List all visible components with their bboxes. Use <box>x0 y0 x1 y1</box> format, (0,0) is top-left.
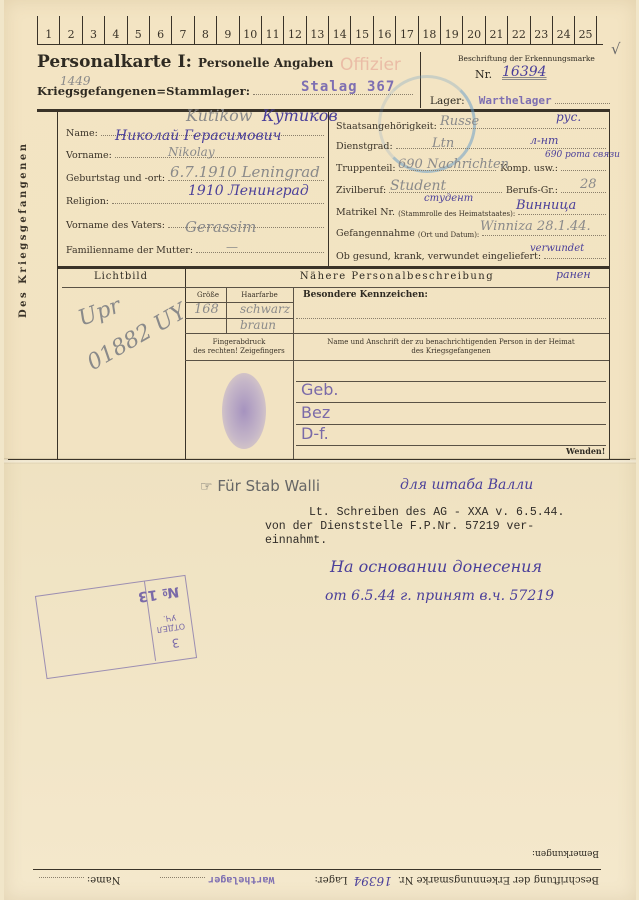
strip-bottom-line <box>37 44 603 45</box>
column-number-cell: 20 <box>462 16 484 44</box>
turn-over-note: Wenden! <box>566 446 605 456</box>
card-title-text: Personalkarte I: <box>37 52 192 72</box>
column-number-cell: 7 <box>171 16 193 44</box>
tag-caption: Beschriftung der Erkennungsmarke <box>458 54 595 63</box>
notify-line-1 <box>296 381 606 382</box>
inverted-footer: Beschriftung der Erkennungsmarke Nr. 163… <box>0 830 639 890</box>
hair-header: Haarfarbe <box>226 291 293 299</box>
typed-line-1: Lt. Schreiben des AG - XXA v. 6.5.44. <box>265 506 564 520</box>
typed-line-2: von der Dienststelle F.P.Nr. 57219 ver- <box>265 520 564 534</box>
hair-value-2: braun <box>240 318 276 332</box>
father-handwritten: Gerassim <box>185 218 256 236</box>
column-number-cell: 2 <box>59 16 81 44</box>
column-number-strip: 1234567891011121314151617181920212223242… <box>37 16 597 44</box>
fingerprint-label-rule <box>185 360 609 361</box>
lower-handwritten-2: На основании донесения <box>330 557 542 576</box>
column-number-cell: 25 <box>574 16 596 44</box>
hair-col-line <box>293 287 294 333</box>
field-sublabel: (Stammrolle des Heimatstaates): <box>398 210 515 218</box>
hair-value-1: schwarz <box>240 302 290 316</box>
pointer-stamp-text: Für Stab Walli <box>217 477 320 495</box>
notify-line-4 <box>296 445 606 446</box>
photo-right-line <box>185 266 186 459</box>
unit-handwritten: 690 Nachrichten <box>398 157 509 172</box>
description-title: Nähere Personalbeschreibung <box>185 271 609 282</box>
photo-label: Lichtbild <box>57 271 185 282</box>
column-number-cell: 19 <box>440 16 462 44</box>
matrikel-handwritten: Винница <box>516 198 576 213</box>
tag-nr-value: 16394 <box>502 64 547 80</box>
fingerprint-label-2: des rechten! Zeigefingers <box>185 347 293 356</box>
description-handwritten-note: ранен <box>556 268 591 281</box>
birth-handwritten-cyrillic: 1910 Ленинград <box>188 183 309 199</box>
field-label: Gefangennahme <box>336 228 415 239</box>
size-header: Größe <box>190 291 226 299</box>
column-number-cell: 3 <box>82 16 104 44</box>
column-number-cell: 10 <box>239 16 261 44</box>
inverted-name-label: Name: <box>87 874 120 885</box>
name-handwritten-latin: Kutikow <box>186 106 252 125</box>
inverted-lager-value: Warthelager <box>208 874 274 885</box>
typed-note: Lt. Schreiben des AG - XXA v. 6.5.44. vo… <box>265 506 564 548</box>
name-handwritten-cyrillic: Кутиков <box>262 106 338 125</box>
mid-divider <box>328 109 329 267</box>
right-frame-line <box>609 109 610 459</box>
field-label: Staatsangehörigkeit: <box>336 121 437 132</box>
table-bottom-rule <box>185 333 609 334</box>
column-number-cell: 13 <box>306 16 328 44</box>
inverted-tag-value: 16394 <box>354 874 392 888</box>
column-number-cell: 23 <box>530 16 552 44</box>
notify-label-1: Name und Anschrift der zu benachrichtige… <box>293 338 609 347</box>
fingerprint-mark <box>222 373 266 449</box>
lower-handwritten-1: для штаба Валли <box>400 477 533 493</box>
personal-left-row: Familienname der Mutter: <box>66 245 324 256</box>
firstname-handwritten-cyrillic: Николай Герасимович <box>115 128 281 144</box>
field-label: Geburtstag und -ort: <box>66 173 165 184</box>
column-number-cell: 9 <box>216 16 238 44</box>
column-number-cell: 16 <box>373 16 395 44</box>
pointer-stamp: ☞ Für Stab Walli <box>200 477 320 495</box>
stamp-bez: Bez <box>301 403 330 422</box>
column-number-cell: 17 <box>395 16 417 44</box>
special-marks-line <box>296 318 606 319</box>
notify-label: Name und Anschrift der zu benachrichtige… <box>293 338 609 356</box>
field-label: Truppenteil: <box>336 163 396 174</box>
lower-handwritten-3: от 6.5.44 г. принят в.ч. 57219 <box>325 588 554 604</box>
tag-nr-label: Nr. <box>475 68 492 81</box>
fingerprint-label: Fingerabdruck des rechten! Zeigefingers <box>185 338 293 356</box>
column-number-cell: 6 <box>149 16 171 44</box>
section-bottom-rule <box>8 459 630 460</box>
column-number-cell: 8 <box>194 16 216 44</box>
vertical-label: Des Kriegsgefangenen <box>18 141 29 318</box>
field-sublabel: (Ort und Datum): <box>418 231 479 239</box>
field-label: Familienname der Mutter: <box>66 245 193 256</box>
column-number-cell: 12 <box>283 16 305 44</box>
field-label: Religion: <box>66 196 109 207</box>
field-label: Matrikel Nr. <box>336 207 395 218</box>
card-title: Personalkarte I: Personelle Angaben <box>37 52 334 72</box>
rank-handwritten-ru: л-нт <box>530 134 558 147</box>
notify-line-2 <box>296 402 606 403</box>
column-number-cell: 1 <box>37 16 59 44</box>
notify-line-3 <box>296 424 606 425</box>
box-stamp-text: ОТДЕЛ УЧ. <box>155 610 186 634</box>
section-mid-rule <box>57 266 609 269</box>
special-marks-label: Besondere Kennzeichen: <box>303 290 428 300</box>
column-number-cell: 24 <box>552 16 574 44</box>
size-mid-rule <box>185 318 293 319</box>
column-number-cell: 18 <box>418 16 440 44</box>
profession-handwritten-ru: студент <box>424 193 473 204</box>
mother-handwritten: — <box>226 240 238 254</box>
inverted-tag-label: Beschriftung der Erkennungsmarke Nr. <box>398 874 599 885</box>
typed-line-3: einnahmt. <box>265 534 564 548</box>
nationality-handwritten: Russe <box>440 114 479 129</box>
inverted-tag-row: Beschriftung der Erkennungsmarke Nr. 163… <box>39 874 599 888</box>
column-number-cell: 4 <box>104 16 126 44</box>
nationality-handwritten-ru: рус. <box>556 110 581 124</box>
camp-label: Kriegsgefangenen=Stammlager: <box>37 84 250 98</box>
field-label: Ob gesund, krank, verwundet eingeliefert… <box>336 251 541 262</box>
size-value: 168 <box>194 302 219 317</box>
camp-stamp-value: Stalag 367 <box>301 79 395 95</box>
stamp-geb: Geb. <box>301 380 338 399</box>
fingerprint-label-1: Fingerabdruck <box>185 338 293 347</box>
column-number-cell: 14 <box>328 16 350 44</box>
birth-handwritten-latin: 6.7.1910 Leningrad <box>170 163 320 181</box>
photo-label-rule <box>62 287 185 288</box>
field-label: Vorname: <box>66 150 112 161</box>
left-frame-line <box>57 109 58 459</box>
lager-stamp-value: Warthelager <box>479 94 552 107</box>
firstname-handwritten-latin: Nikolay <box>168 145 215 159</box>
card-subtitle: Personelle Angaben <box>198 56 333 70</box>
inverted-rule <box>33 869 601 870</box>
field-label: Vorname des Vaters: <box>66 220 165 231</box>
stamp-df: D-f. <box>301 424 329 443</box>
notify-label-2: des Kriegsgefangenen <box>293 347 609 356</box>
field-mid-label: Berufs-Gr.: <box>506 185 558 196</box>
inverted-remarks-label: Bemerkungen: <box>532 848 599 858</box>
column-number-cell: 11 <box>261 16 283 44</box>
field-label: Name: <box>66 128 98 139</box>
column-number-cell: 15 <box>350 16 372 44</box>
rank-handwritten: Ltn <box>432 136 454 151</box>
column-number-cell: 21 <box>485 16 507 44</box>
field-label: Zivilberuf: <box>336 185 386 196</box>
column-number-cell: 22 <box>507 16 529 44</box>
column-number-cell: 5 <box>127 16 149 44</box>
pointing-hand-icon: ☞ <box>200 479 213 495</box>
field-label: Dienstgrad: <box>336 141 393 152</box>
inverted-lager-label: Lager: <box>315 874 348 885</box>
capture-handwritten: Winniza 28.1.44. <box>480 219 591 234</box>
health-handwritten: verwundet <box>530 243 584 254</box>
check-mark: √ <box>611 40 621 58</box>
profession-group-handwritten: 28 <box>580 177 597 192</box>
description-title-rule <box>185 287 609 288</box>
profession-handwritten: Student <box>390 178 446 194</box>
officer-stamp: Offizier <box>340 55 401 75</box>
